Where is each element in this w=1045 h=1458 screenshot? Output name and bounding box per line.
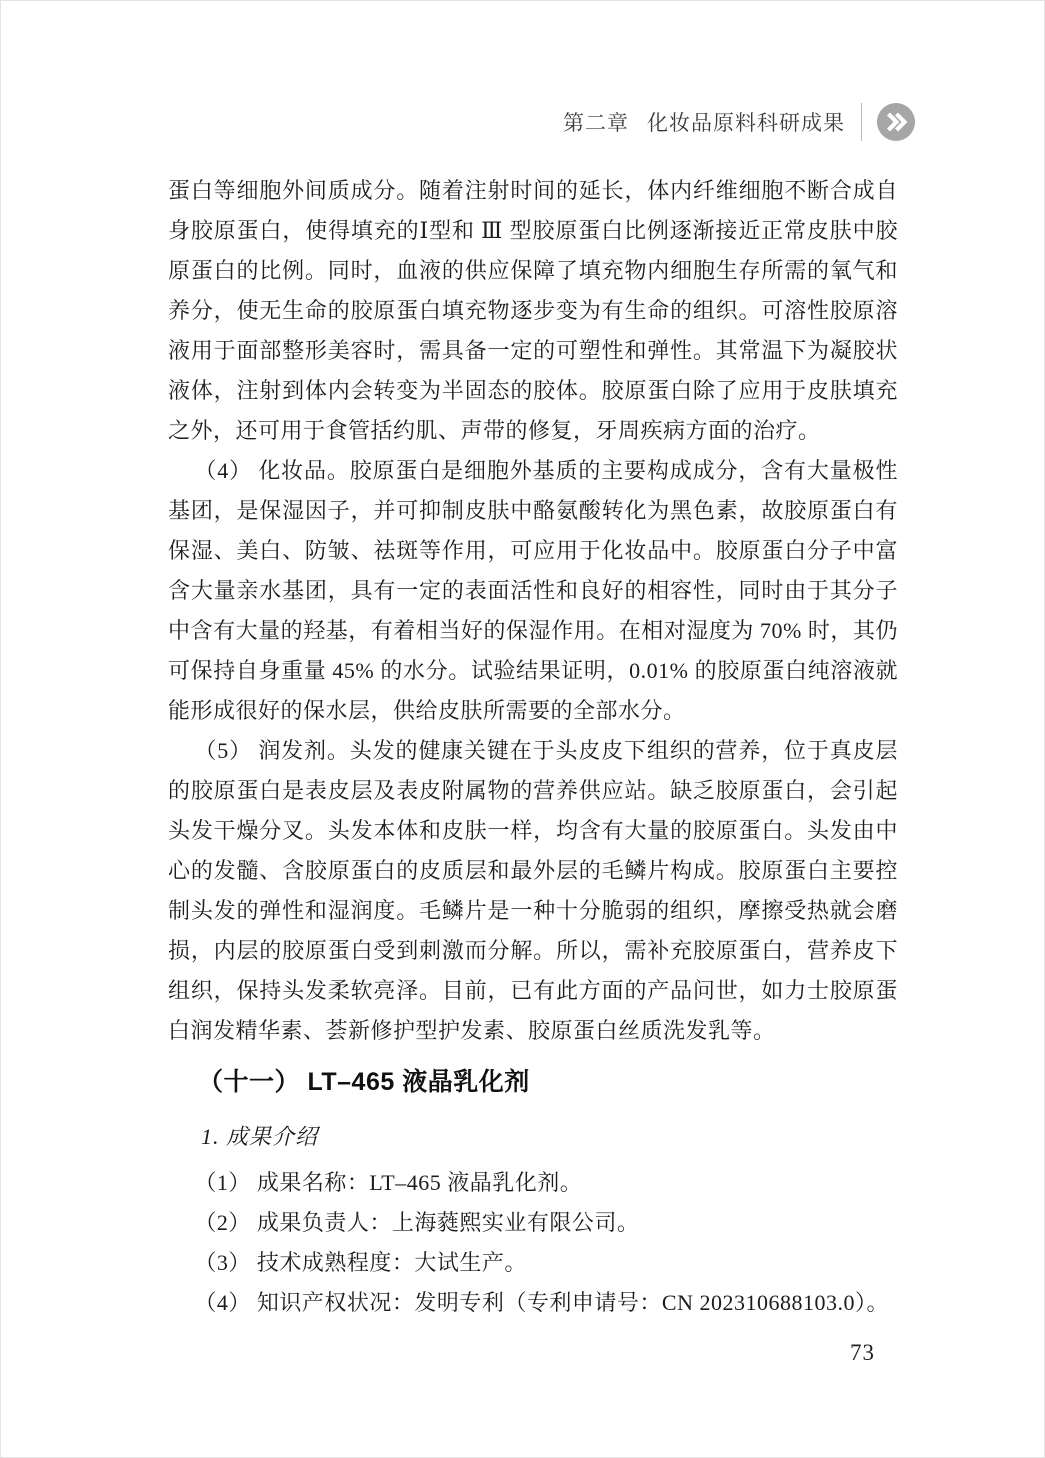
header-divider bbox=[861, 103, 862, 141]
list-item: （2） 成果负责人：上海蕤熙实业有限公司。 bbox=[168, 1203, 898, 1243]
subsection-heading: 1. 成果介绍 bbox=[168, 1117, 898, 1157]
chapter-number: 第二章 bbox=[563, 107, 629, 137]
running-head: 第二章 化妆品原料科研成果 bbox=[0, 100, 915, 144]
body-paragraph: 蛋白等细胞外间质成分。随着注射时间的延长，体内纤维细胞不断合成自身胶原蛋白，使得… bbox=[168, 171, 898, 451]
chapter-title: 化妆品原料科研成果 bbox=[647, 107, 845, 137]
list-item: （1） 成果名称：LT–465 液晶乳化剂。 bbox=[168, 1163, 898, 1203]
body-paragraph: （5） 润发剂。头发的健康关键在于头皮皮下组织的营养，位于真皮层的胶原蛋白是表皮… bbox=[168, 731, 898, 1051]
list-item: （3） 技术成熟程度：大试生产。 bbox=[168, 1243, 898, 1283]
double-chevron-right-icon bbox=[877, 103, 915, 141]
book-page: 第二章 化妆品原料科研成果 蛋白等细胞外间质成分。随着注射时间的延长，体内纤维细… bbox=[0, 0, 1045, 1458]
list-item: （4） 知识产权状况：发明专利（专利申请号：CN 202310688103.0）… bbox=[168, 1283, 898, 1323]
result-detail-list: （1） 成果名称：LT–465 液晶乳化剂。 （2） 成果负责人：上海蕤熙实业有… bbox=[168, 1163, 898, 1323]
section-heading: （十一） LT–465 液晶乳化剂 bbox=[168, 1059, 898, 1105]
page-body: 蛋白等细胞外间质成分。随着注射时间的延长，体内纤维细胞不断合成自身胶原蛋白，使得… bbox=[168, 171, 898, 1323]
page-number: 73 bbox=[850, 1340, 875, 1366]
body-paragraph: （4） 化妆品。胶原蛋白是细胞外基质的主要构成成分，含有大量极性基团，是保湿因子… bbox=[168, 451, 898, 731]
